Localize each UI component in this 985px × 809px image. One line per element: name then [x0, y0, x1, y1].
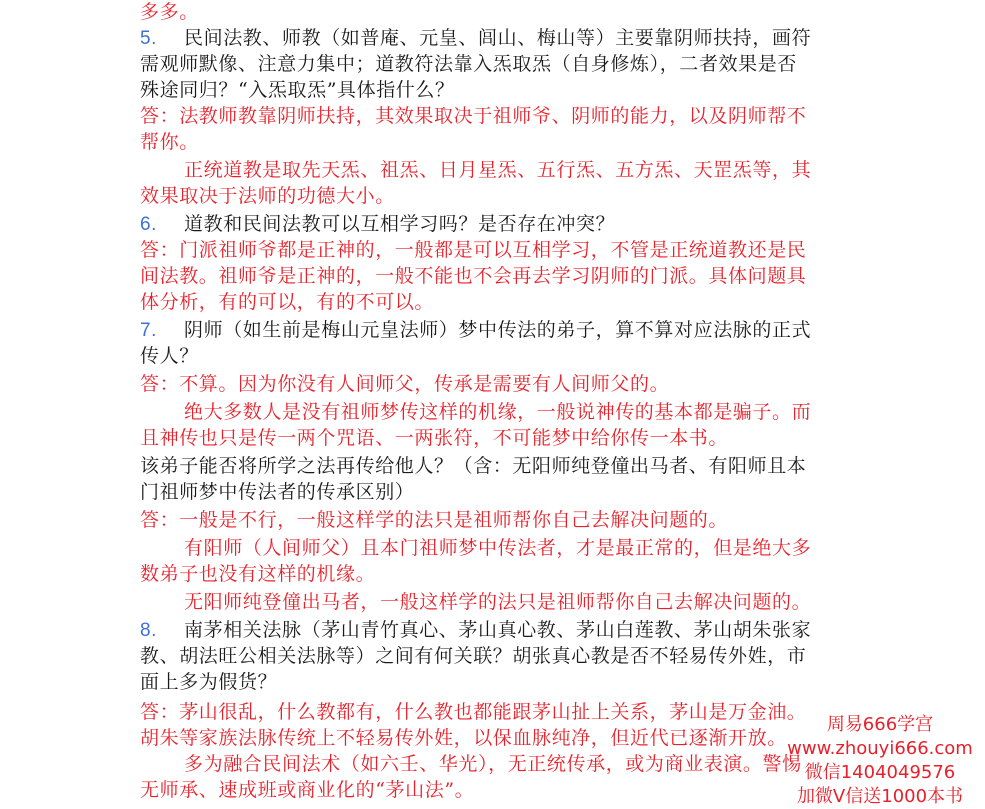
- watermark: 周易666学宫 www.zhouyi666.com 微信1404049576 加…: [785, 713, 975, 809]
- line-text: 无阳师纯登僮出马者，一般这样学的法只是祖师帮你自己去解决问题的。: [184, 591, 811, 613]
- watermark-wechat: 微信1404049576: [785, 761, 975, 785]
- question-line: 需观师默像、注意力集中；道教符法靠入炁取炁（自身修炼），二者效果是否: [140, 52, 797, 76]
- line-text: 门祖师梦中传法者的传承区别）: [140, 481, 414, 503]
- watermark-url: www.zhouyi666.com: [785, 737, 975, 761]
- question-number: 5.: [140, 27, 184, 51]
- line-text: 答：一般是不行，一般这样学的法只是祖师帮你自己去解决问题的。: [140, 509, 728, 531]
- question-line: 殊途同归？“入炁取炁”具体指什么？: [140, 78, 455, 102]
- answer-line: 答：不算。因为你没有人间师父，传承是需要有人间师父的。: [140, 372, 669, 396]
- line-text: 传人？: [140, 345, 199, 367]
- answer-line: 体分析，有的可以，有的不可以。: [140, 290, 434, 314]
- line-text: 面上多为假货？: [140, 671, 277, 693]
- answer-line: 无阳师纯登僮出马者，一般这样学的法只是祖师帮你自己去解决问题的。: [140, 590, 811, 614]
- watermark-promo: 加微V信送1000本书: [785, 785, 975, 809]
- answer-line: 答：门派祖师爷都是正神的，一般都是可以互相学习，不管是正统道教还是民: [140, 238, 806, 262]
- line-text: 数弟子也没有这样的机缘。: [140, 563, 375, 585]
- answer-line: 胡朱等家族法脉传统上不轻易传外姓，以保血脉纯净，但近代已逐渐开放。: [140, 726, 787, 750]
- line-text: 教、胡法旺公相关法脉等）之间有何关联？胡张真心教是否不轻易传外姓，市: [140, 645, 806, 667]
- question-number: 7.: [140, 319, 184, 343]
- line-text: 南茅相关法脉（茅山青竹真心、茅山真心教、茅山白莲教、茅山胡朱张家: [184, 619, 811, 641]
- line-text: 答：茅山很乱，什么教都有，什么教也都能跟茅山扯上关系，茅山是万金油。: [140, 701, 806, 723]
- answer-line: 数弟子也没有这样的机缘。: [140, 562, 375, 586]
- line-text: 绝大多数人是没有祖师梦传这样的机缘，一般说神传的基本都是骗子。而: [184, 401, 811, 423]
- question-line: 7.阴师（如生前是梅山元皇法师）梦中传法的弟子，算不算对应法脉的正式: [140, 318, 811, 343]
- line-text: 胡朱等家族法脉传统上不轻易传外姓，以保血脉纯净，但近代已逐渐开放。: [140, 727, 787, 749]
- question-line: 5.民间法教、师教（如普庵、元皇、闾山、梅山等）主要靠阴师扶持，画符: [140, 26, 811, 51]
- question-number: 8.: [140, 619, 184, 643]
- line-text: 需观师默像、注意力集中；道教符法靠入炁取炁（自身修炼），二者效果是否: [140, 53, 797, 75]
- question-line: 该弟子能否将所学之法再传给他人？（含：无阳师纯登僮出马者、有阳师且本: [140, 454, 806, 478]
- answer-line: 间法教。祖师爷是正神的，一般不能也不会再去学习阴师的门派。具体问题具: [140, 264, 806, 288]
- answer-line: 答：法教师教靠阴师扶持，其效果取决于祖师爷、阴师的能力，以及阴师帮不: [140, 104, 806, 128]
- answer-line: 帮你。: [140, 130, 199, 154]
- line-text: 帮你。: [140, 131, 199, 153]
- answer-line: 多为融合民间法术（如六壬、华光），无正统传承，或为商业表演。警惕: [140, 752, 802, 776]
- answer-line: 绝大多数人是没有祖师梦传这样的机缘，一般说神传的基本都是骗子。而: [140, 400, 811, 424]
- line-text: 多为融合民间法术（如六壬、华光），无正统传承，或为商业表演。警惕: [184, 753, 802, 775]
- line-text: 道教和民间法教可以互相学习吗？是否存在冲突？: [184, 213, 615, 235]
- line-text: 该弟子能否将所学之法再传给他人？（含：无阳师纯登僮出马者、有阳师且本: [140, 455, 806, 477]
- answer-line: 答：一般是不行，一般这样学的法只是祖师帮你自己去解决问题的。: [140, 508, 728, 532]
- line-text: 有阳师（人间师父）且本门祖师梦中传法者，才是最正常的，但是绝大多: [184, 537, 811, 559]
- line-text: 殊途同归？“入炁取炁”具体指什么？: [140, 79, 455, 101]
- line-text: 间法教。祖师爷是正神的，一般不能也不会再去学习阴师的门派。具体问题具: [140, 265, 806, 287]
- answer-line: 正统道教是取先天炁、祖炁、日月星炁、五行炁、五方炁、天罡炁等，其: [140, 158, 811, 182]
- line-text: 无师承、速成班或商业化的“茅山法”。: [140, 779, 474, 801]
- line-text: 且神传也只是传一两个咒语、一两张符，不可能梦中给你传一本书。: [140, 427, 728, 449]
- answer-line: 答：茅山很乱，什么教都有，什么教也都能跟茅山扯上关系，茅山是万金油。: [140, 700, 806, 724]
- line-text: 答：不算。因为你没有人间师父，传承是需要有人间师父的。: [140, 373, 669, 395]
- answer-line: 有阳师（人间师父）且本门祖师梦中传法者，才是最正常的，但是绝大多: [140, 536, 811, 560]
- line-text: 体分析，有的可以，有的不可以。: [140, 291, 434, 313]
- answer-line: 多多。: [140, 0, 199, 24]
- line-text: 效果取决于法师的功德大小。: [140, 185, 395, 207]
- question-line: 面上多为假货？: [140, 670, 277, 694]
- answer-line: 且神传也只是传一两个咒语、一两张符，不可能梦中给你传一本书。: [140, 426, 728, 450]
- line-text: 答：法教师教靠阴师扶持，其效果取决于祖师爷、阴师的能力，以及阴师帮不: [140, 105, 806, 127]
- question-line: 传人？: [140, 344, 199, 368]
- line-text: 阴师（如生前是梅山元皇法师）梦中传法的弟子，算不算对应法脉的正式: [184, 319, 811, 341]
- question-line: 8.南茅相关法脉（茅山青竹真心、茅山真心教、茅山白莲教、茅山胡朱张家: [140, 618, 811, 643]
- question-line: 门祖师梦中传法者的传承区别）: [140, 480, 414, 504]
- line-text: 民间法教、师教（如普庵、元皇、闾山、梅山等）主要靠阴师扶持，画符: [184, 27, 811, 49]
- question-line: 6.道教和民间法教可以互相学习吗？是否存在冲突？: [140, 212, 615, 237]
- question-number: 6.: [140, 213, 184, 237]
- question-line: 教、胡法旺公相关法脉等）之间有何关联？胡张真心教是否不轻易传外姓，市: [140, 644, 806, 668]
- answer-line: 效果取决于法师的功德大小。: [140, 184, 395, 208]
- line-text: 答：门派祖师爷都是正神的，一般都是可以互相学习，不管是正统道教还是民: [140, 239, 806, 261]
- answer-line: 无师承、速成班或商业化的“茅山法”。: [140, 778, 474, 802]
- watermark-title: 周易666学宫: [785, 713, 975, 737]
- line-text: 多多。: [140, 1, 199, 23]
- line-text: 正统道教是取先天炁、祖炁、日月星炁、五行炁、五方炁、天罡炁等，其: [184, 159, 811, 181]
